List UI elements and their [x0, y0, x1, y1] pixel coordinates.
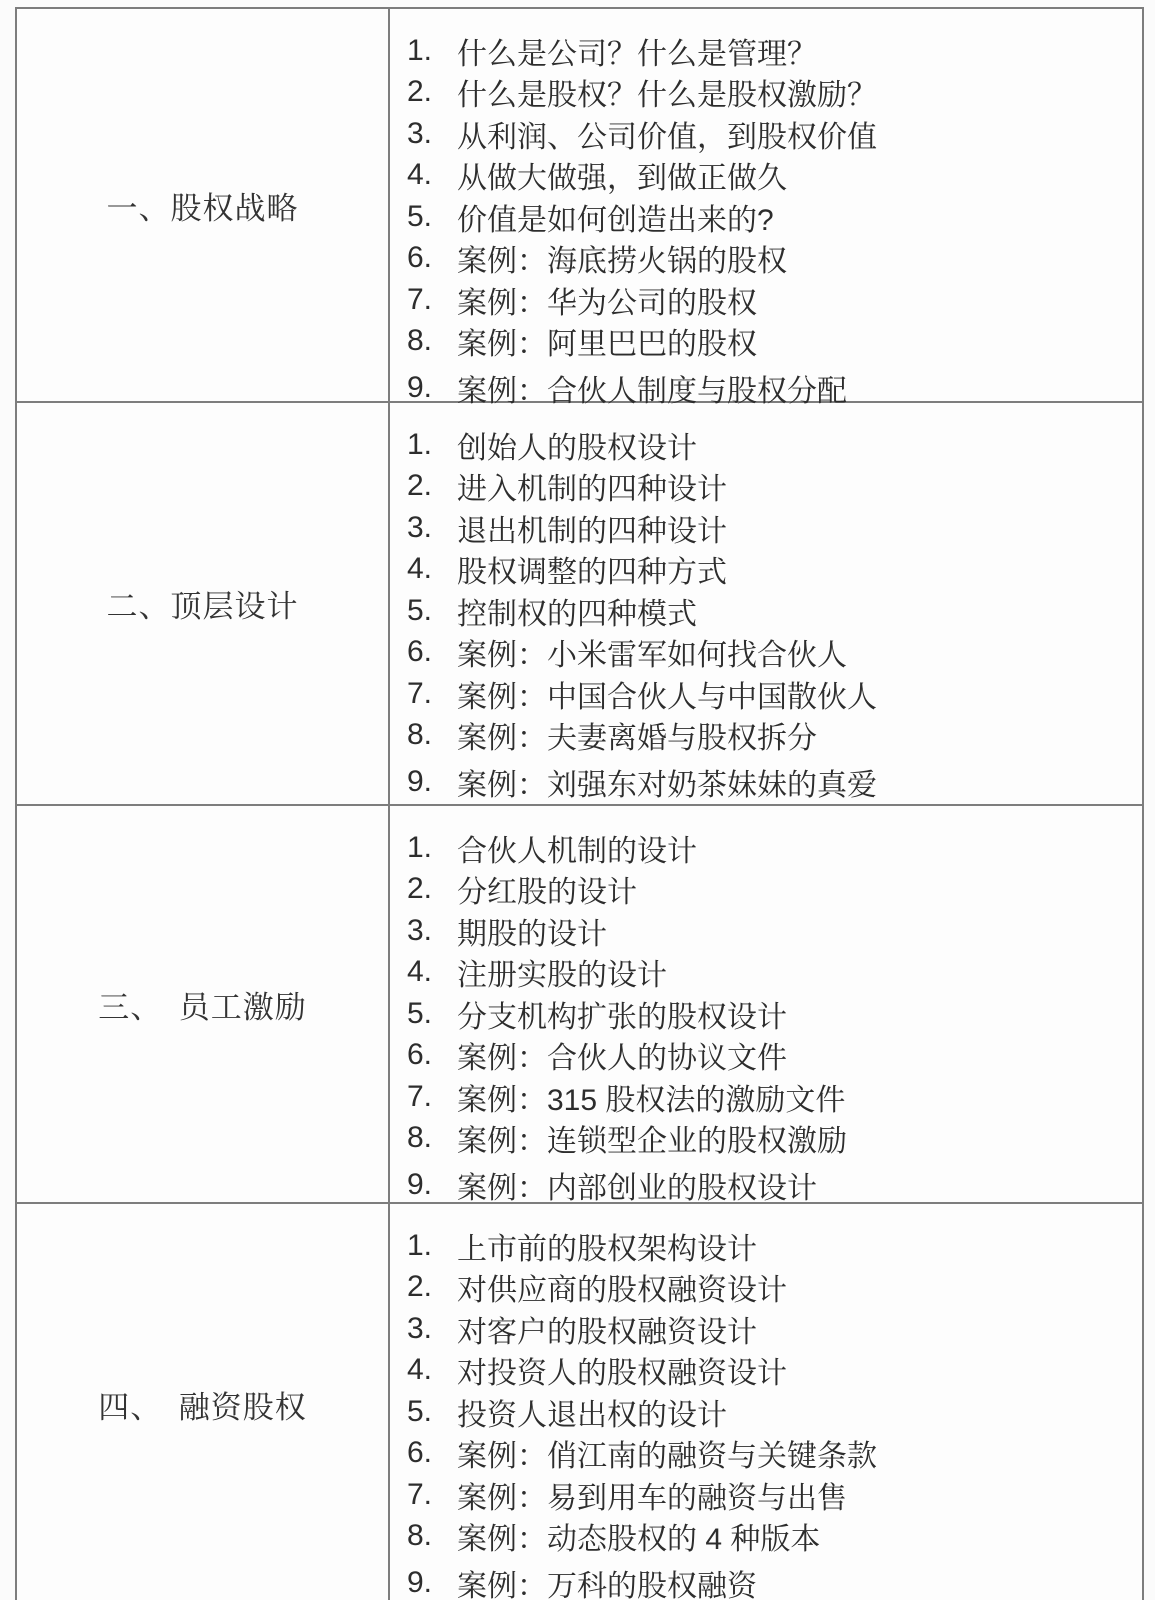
outline-item: 1.什么是公司？什么是管理？: [407, 30, 1132, 72]
outline-item: 9.案例：万科的股权融资: [407, 1562, 1132, 1600]
item-number: 7.: [407, 283, 457, 317]
item-number: 5.: [407, 594, 457, 628]
item-number: 1.: [407, 1229, 457, 1263]
item-number: 3.: [407, 117, 457, 151]
item-number: 2.: [407, 75, 457, 109]
item-text: 案例：动态股权的 4 种版本: [457, 1514, 820, 1558]
section-title: 四、 融资股权: [98, 1382, 307, 1427]
outline-item: 5.投资人退出权的设计: [407, 1391, 1132, 1433]
item-text: 什么是公司？什么是管理？: [457, 29, 817, 73]
item-number: 5.: [407, 1395, 457, 1429]
outline-item: 5.价值是如何创造出来的?: [407, 196, 1132, 238]
item-text: 案例：万科的股权融资: [457, 1561, 757, 1600]
item-text: 合伙人机制的设计: [457, 826, 697, 870]
outline-item: 8.案例：阿里巴巴的股权: [407, 321, 1132, 363]
outline-item: 6.案例：海底捞火锅的股权: [407, 238, 1132, 280]
item-number: 4.: [407, 158, 457, 192]
outline-item: 5.分支机构扩张的股权设计: [407, 993, 1132, 1035]
outline-item: 3.期股的设计: [407, 910, 1132, 952]
item-text: 上市前的股权架构设计: [457, 1224, 757, 1268]
outline-item: 6.案例：小米雷军如何找合伙人: [407, 632, 1132, 674]
item-number: 3.: [407, 914, 457, 948]
item-text: 对客户的股权融资设计: [457, 1307, 757, 1351]
item-number: 8.: [407, 1121, 457, 1155]
item-number: 4.: [407, 552, 457, 586]
item-text: 案例：易到用车的融资与出售: [457, 1473, 847, 1517]
items-cell: 1.创始人的股权设计 2.进入机制的四种设计 3.退出机制的四种设计 4.股权调…: [390, 403, 1142, 804]
item-number: 8.: [407, 718, 457, 752]
outline-item: 9.案例：刘强东对奶茶妹妹的真爱: [407, 761, 1132, 803]
item-text: 进入机制的四种设计: [457, 464, 727, 508]
item-text: 退出机制的四种设计: [457, 506, 727, 550]
item-number: 1.: [407, 831, 457, 865]
outline-item: 2.进入机制的四种设计: [407, 466, 1132, 508]
outline-item: 9.案例：内部创业的股权设计: [407, 1164, 1132, 1206]
outline-item: 7.案例：315 股权法的激励文件: [407, 1076, 1132, 1118]
items-cell: 1.合伙人机制的设计 2.分红股的设计 3.期股的设计 4.注册实股的设计 5.…: [390, 806, 1142, 1202]
section-title: 三、 员工激励: [98, 982, 307, 1027]
outline-item: 4.注册实股的设计: [407, 952, 1132, 994]
item-number: 1.: [407, 34, 457, 68]
outline-item: 6.案例：俏江南的融资与关键条款: [407, 1433, 1132, 1475]
section-cell: 四、 融资股权: [17, 1204, 390, 1600]
section-cell: 二、顶层设计: [17, 403, 390, 804]
item-text: 案例：海底捞火锅的股权: [457, 236, 787, 280]
outline-item: 8.案例：连锁型企业的股权激励: [407, 1118, 1132, 1160]
item-text: 从利润、公司价值，到股权价值: [457, 112, 877, 156]
section-cell: 三、 员工激励: [17, 806, 390, 1202]
outline-item: 3.退出机制的四种设计: [407, 507, 1132, 549]
course-outline-table: 一、股权战略 1.什么是公司？什么是管理？ 2.什么是股权？什么是股权激励？ 3…: [15, 7, 1144, 1600]
outline-item: 8.案例：动态股权的 4 种版本: [407, 1516, 1132, 1558]
item-number: 7.: [407, 1478, 457, 1512]
document-page: 一、股权战略 1.什么是公司？什么是管理？ 2.什么是股权？什么是股权激励？ 3…: [0, 0, 1155, 1600]
item-text: 案例：俏江南的融资与关键条款: [457, 1431, 877, 1475]
item-text: 期股的设计: [457, 909, 607, 953]
outline-item: 5.控制权的四种模式: [407, 590, 1132, 632]
item-number: 1.: [407, 428, 457, 462]
item-text: 对投资人的股权融资设计: [457, 1348, 787, 1392]
item-number: 6.: [407, 635, 457, 669]
outline-item: 1.创始人的股权设计: [407, 424, 1132, 466]
item-number: 8.: [407, 1519, 457, 1553]
item-text: 创始人的股权设计: [457, 423, 697, 467]
item-number: 9.: [407, 1168, 457, 1202]
section-title: 二、顶层设计: [107, 581, 299, 626]
table-row: 四、 融资股权 1.上市前的股权架构设计 2.对供应商的股权融资设计 3.对客户…: [17, 1204, 1142, 1600]
outline-item: 6.案例：合伙人的协议文件: [407, 1035, 1132, 1077]
item-number: 6.: [407, 1038, 457, 1072]
item-text: 分红股的设计: [457, 867, 637, 911]
item-text: 案例：华为公司的股权: [457, 278, 757, 322]
item-text: 对供应商的股权融资设计: [457, 1265, 787, 1309]
outline-item: 4.股权调整的四种方式: [407, 549, 1132, 591]
item-text: 案例：合伙人的协议文件: [457, 1033, 787, 1077]
outline-item: 4.从做大做强，到做正做久: [407, 155, 1132, 197]
outline-item: 2.分红股的设计: [407, 869, 1132, 911]
item-number: 4.: [407, 1353, 457, 1387]
item-number: 7.: [407, 1080, 457, 1114]
outline-item: 3.对客户的股权融资设计: [407, 1308, 1132, 1350]
item-text: 案例：夫妻离婚与股权拆分: [457, 713, 817, 757]
item-number: 4.: [407, 955, 457, 989]
table-row: 一、股权战略 1.什么是公司？什么是管理？ 2.什么是股权？什么是股权激励？ 3…: [17, 9, 1142, 403]
outline-item: 2.什么是股权？什么是股权激励？: [407, 72, 1132, 114]
outline-item: 7.案例：中国合伙人与中国散伙人: [407, 673, 1132, 715]
item-text: 什么是股权？什么是股权激励？: [457, 70, 877, 114]
item-text: 投资人退出权的设计: [457, 1390, 727, 1434]
item-number: 2.: [407, 1270, 457, 1304]
item-text: 股权调整的四种方式: [457, 547, 727, 591]
item-number: 9.: [407, 765, 457, 799]
item-number: 9.: [407, 1566, 457, 1600]
section-cell: 一、股权战略: [17, 9, 390, 401]
item-text: 案例：中国合伙人与中国散伙人: [457, 672, 877, 716]
item-number: 2.: [407, 469, 457, 503]
item-text: 分支机构扩张的股权设计: [457, 992, 787, 1036]
table-row: 三、 员工激励 1.合伙人机制的设计 2.分红股的设计 3.期股的设计 4.注册…: [17, 806, 1142, 1204]
outline-item: 7.案例：华为公司的股权: [407, 279, 1132, 321]
item-number: 8.: [407, 324, 457, 358]
item-text: 案例：刘强东对奶茶妹妹的真爱: [457, 760, 877, 804]
item-number: 5.: [407, 997, 457, 1031]
outline-item: 4.对投资人的股权融资设计: [407, 1350, 1132, 1392]
item-text: 从做大做强，到做正做久: [457, 153, 787, 197]
item-text: 控制权的四种模式: [457, 589, 697, 633]
outline-item: 1.上市前的股权架构设计: [407, 1225, 1132, 1267]
item-number: 7.: [407, 677, 457, 711]
item-number: 3.: [407, 511, 457, 545]
item-number: 6.: [407, 241, 457, 275]
outline-item: 2.对供应商的股权融资设计: [407, 1267, 1132, 1309]
item-number: 3.: [407, 1312, 457, 1346]
item-number: 2.: [407, 872, 457, 906]
item-text: 案例：内部创业的股权设计: [457, 1163, 817, 1207]
section-title: 一、股权战略: [107, 183, 299, 228]
item-number: 9.: [407, 371, 457, 405]
item-text: 案例：315 股权法的激励文件: [457, 1075, 845, 1119]
outline-item: 3.从利润、公司价值，到股权价值: [407, 113, 1132, 155]
outline-item: 7.案例：易到用车的融资与出售: [407, 1474, 1132, 1516]
item-text: 案例：阿里巴巴的股权: [457, 319, 757, 363]
item-number: 5.: [407, 200, 457, 234]
items-cell: 1.什么是公司？什么是管理？ 2.什么是股权？什么是股权激励？ 3.从利润、公司…: [390, 9, 1142, 401]
item-text: 注册实股的设计: [457, 950, 667, 994]
item-text: 价值是如何创造出来的?: [457, 195, 774, 239]
table-row: 二、顶层设计 1.创始人的股权设计 2.进入机制的四种设计 3.退出机制的四种设…: [17, 403, 1142, 806]
outline-item: 8.案例：夫妻离婚与股权拆分: [407, 715, 1132, 757]
items-cell: 1.上市前的股权架构设计 2.对供应商的股权融资设计 3.对客户的股权融资设计 …: [390, 1204, 1142, 1600]
item-number: 6.: [407, 1436, 457, 1470]
outline-item: 1.合伙人机制的设计: [407, 827, 1132, 869]
item-text: 案例：小米雷军如何找合伙人: [457, 630, 847, 674]
item-text: 案例：连锁型企业的股权激励: [457, 1116, 847, 1160]
